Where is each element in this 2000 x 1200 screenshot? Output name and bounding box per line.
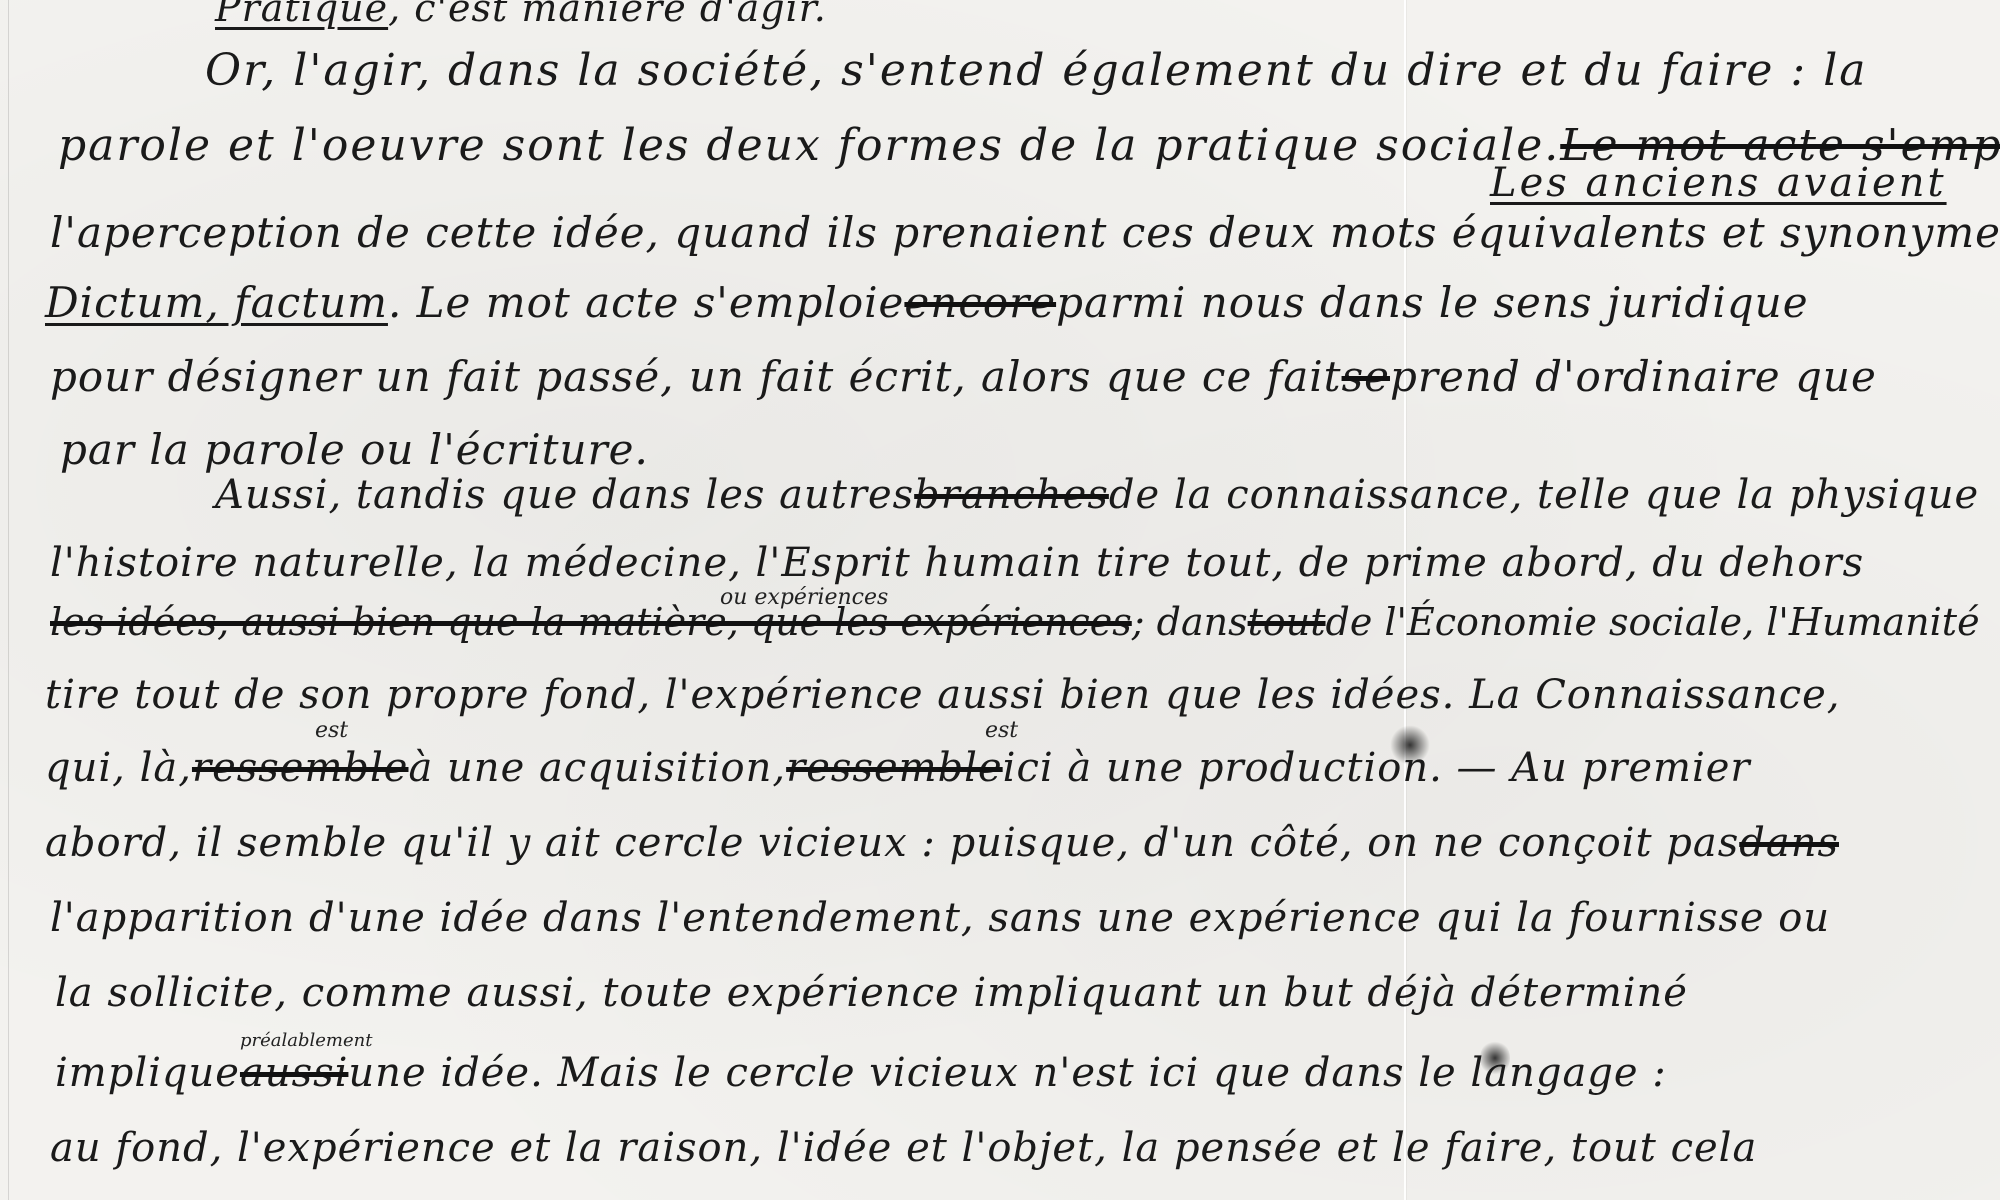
text-segment: , c'est manière d'agir. — [388, 0, 827, 30]
text-segment: ; dans — [1132, 600, 1248, 644]
text-segment: l'apparition d'une idée dans l'entendeme… — [50, 895, 1830, 941]
text-segment: Aussi, tandis que dans les autres — [215, 472, 914, 518]
manuscript-line: l'apparition d'une idée dans l'entendeme… — [50, 895, 1830, 941]
left-margin-edge — [8, 0, 9, 1200]
struck-text: ressemble — [786, 745, 1003, 791]
struck-text: branches — [914, 472, 1109, 518]
text-segment: l'histoire naturelle, la médecine, l'Esp… — [50, 540, 1864, 586]
text-segment: Or, l'agir, dans la société, s'entend ég… — [205, 45, 1868, 96]
manuscript-line: pour désigner un fait passé, un fait écr… — [50, 352, 1877, 401]
manuscript-line-insert: Les anciens avaient — [1490, 160, 1947, 206]
text-segment: prend d'ordinaire que — [1390, 352, 1877, 401]
interlinear-insertion: est — [315, 718, 348, 743]
text-segment: de l'Économie sociale, l'Humanité — [1326, 600, 1980, 644]
manuscript-line: l'histoire naturelle, la médecine, l'Esp… — [50, 540, 1864, 586]
text-segment: pour désigner un fait passé, un fait écr… — [50, 352, 1342, 401]
manuscript-page: Pratique, c'est manière d'agir. Or, l'ag… — [0, 0, 2000, 1200]
manuscript-line: par la parole ou l'écriture. — [60, 425, 649, 474]
struck-text: encore — [904, 278, 1056, 327]
struck-text: aussi — [240, 1050, 348, 1096]
struck-text: tout — [1248, 600, 1326, 644]
manuscript-line: l'aperception de cette idée, quand ils p… — [50, 208, 2000, 257]
text-segment: implique — [55, 1050, 240, 1096]
manuscript-line: qui, là, ressemble à une acquisition, re… — [45, 745, 1751, 791]
ink-blot — [1390, 725, 1430, 765]
text-segment: l'aperception de cette idée, quand ils p… — [50, 208, 2000, 257]
text-segment: par la parole ou l'écriture. — [60, 425, 649, 474]
manuscript-line: les idées, aussi bien que la matière, qu… — [50, 600, 1980, 644]
manuscript-line: implique aussi une idée. Mais le cercle … — [55, 1050, 1667, 1096]
manuscript-line: abord, il semble qu'il y ait cercle vici… — [45, 820, 1839, 866]
text-segment: au fond, l'expérience et la raison, l'id… — [50, 1125, 1757, 1171]
manuscript-line: au fond, l'expérience et la raison, l'id… — [50, 1125, 1757, 1171]
text-segment: à une acquisition, — [408, 745, 786, 791]
text-segment: . Le mot acte s'emploie — [388, 278, 904, 327]
text-segment: de la connaissance, telle que la physiqu… — [1109, 472, 1979, 518]
text-segment: parmi nous dans le sens juridique — [1056, 278, 1808, 327]
manuscript-line: tire tout de son propre fond, l'expérien… — [45, 672, 1841, 718]
text-segment: parole et l'oeuvre sont les deux formes … — [58, 120, 1560, 171]
manuscript-line: la sollicite, comme aussi, toute expérie… — [55, 970, 1688, 1016]
text-segment: tire tout de son propre fond, l'expérien… — [45, 672, 1841, 718]
text-segment: Pratique — [215, 0, 388, 30]
manuscript-line: Pratique, c'est manière d'agir. — [215, 0, 827, 30]
text-segment: Dictum, factum — [45, 278, 388, 327]
struck-text: les idées, aussi bien que la matière, qu… — [50, 600, 1132, 644]
struck-text: dans — [1739, 820, 1839, 866]
text-segment: abord, il semble qu'il y ait cercle vici… — [45, 820, 1739, 866]
interlinear-insertion: est — [985, 718, 1018, 743]
manuscript-line: Or, l'agir, dans la société, s'entend ég… — [205, 45, 1868, 96]
text-segment: une idée. Mais le cercle vicieux n'est i… — [348, 1050, 1666, 1096]
struck-text: se — [1342, 352, 1390, 401]
text-segment: la sollicite, comme aussi, toute expérie… — [55, 970, 1688, 1016]
text-segment: qui, là, — [45, 745, 192, 791]
text-segment: Les anciens avaient — [1490, 160, 1947, 206]
struck-text: ressemble — [192, 745, 409, 791]
manuscript-line: Aussi, tandis que dans les autres branch… — [215, 472, 1979, 518]
text-segment: ici à une production. — Au premier — [1003, 745, 1751, 791]
manuscript-line: Dictum, factum. Le mot acte s'emploie en… — [45, 278, 1809, 327]
ink-blot — [1480, 1040, 1510, 1076]
interlinear-insertion: préalablement — [240, 1030, 372, 1051]
